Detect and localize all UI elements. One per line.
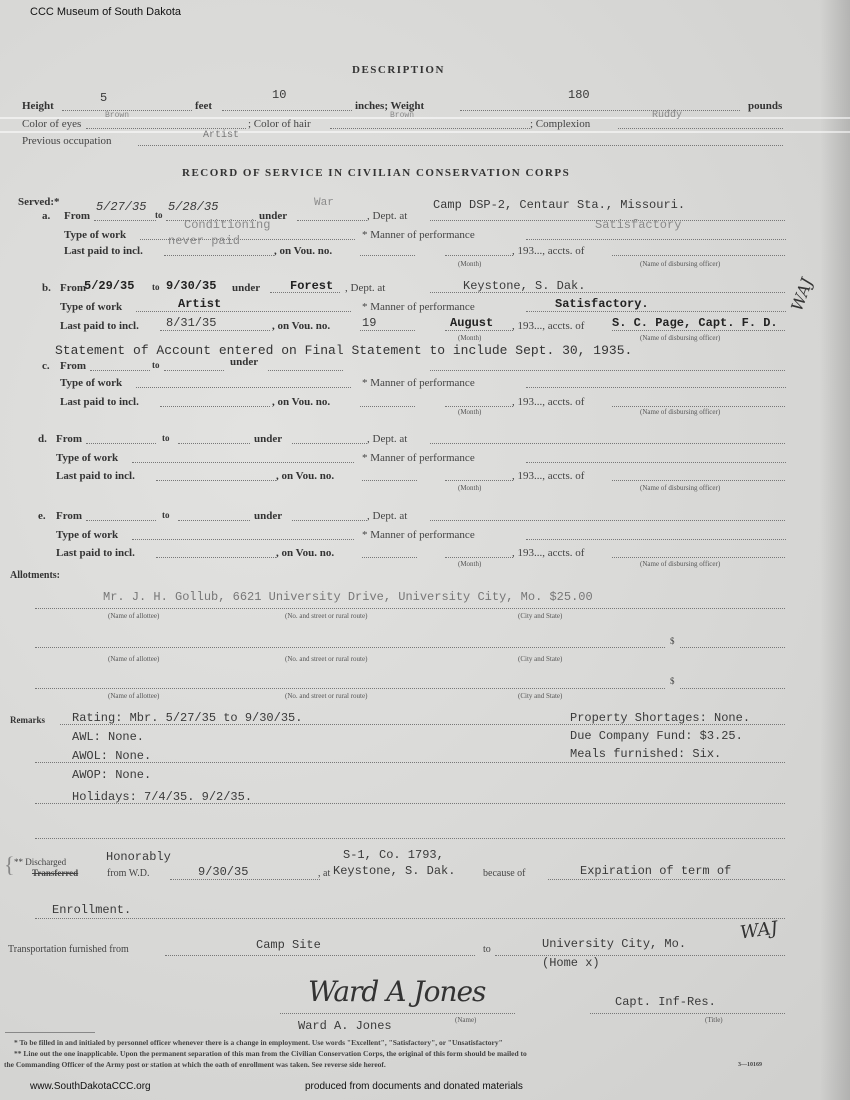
remark-line: AWL: None.: [72, 730, 144, 744]
transport-to-note: (Home x): [542, 956, 600, 970]
allotment-text: Mr. J. H. Gollub, 6621 University Drive,…: [103, 590, 593, 604]
transportation-label: Transportation furnished from: [8, 944, 129, 955]
voucher-month: August: [450, 316, 493, 330]
pounds-label: pounds: [748, 100, 782, 112]
disbursing-officer: S. C. Page, Capt. F. D.: [612, 316, 778, 330]
hair-color-label: ; Color of hair: [248, 118, 311, 130]
dept-location: Keystone, S. Dak.: [463, 279, 585, 293]
signature: Ward A Jones: [308, 975, 485, 1008]
weight-value: 180: [568, 88, 590, 102]
remark-line: Due Company Fund: $3.25.: [570, 729, 743, 743]
from-date: 5/27/35: [96, 200, 146, 214]
height-feet-value: 5: [100, 91, 107, 105]
footnote-divider: [5, 1032, 95, 1033]
footnote-3: the Commanding Officer of the Army post …: [4, 1060, 386, 1069]
transferred-label-struck: Transferred: [32, 868, 78, 878]
manner-of-performance: Satisfactory: [595, 218, 681, 232]
served-label: Served:*: [18, 196, 60, 208]
discharged-label: ** Discharged: [14, 857, 66, 867]
under-dept: Forest: [290, 279, 333, 293]
discharge-type: Honorably: [106, 850, 171, 864]
occupation-label: Previous occupation: [22, 135, 112, 147]
officer-title: Capt. Inf-Res.: [615, 995, 716, 1009]
statement-of-account-note: Statement of Account entered on Final St…: [55, 343, 632, 358]
description-heading: DESCRIPTION: [352, 64, 445, 76]
remarks-label: Remarks: [10, 715, 45, 725]
bracket: {: [4, 852, 15, 878]
type-of-work: Conditioning: [184, 218, 270, 232]
website-watermark: www.SouthDakotaCCC.org: [30, 1081, 151, 1092]
last-paid: 8/31/35: [166, 316, 216, 330]
remark-line: Property Shortages: None.: [570, 711, 750, 725]
handwritten-initials: WAJ: [787, 275, 816, 313]
transport-to: University City, Mo.: [542, 937, 686, 951]
typed-name: Ward A. Jones: [298, 1019, 392, 1033]
to-date: 9/30/35: [166, 279, 216, 293]
scan-artifact: [0, 131, 850, 133]
remark-line: Holidays: 7/4/35. 9/2/35.: [72, 790, 252, 804]
dept-location: Camp DSP-2, Centaur Sta., Missouri.: [433, 198, 685, 212]
complexion-value: Ruddy: [652, 110, 682, 121]
source-note: produced from documents and donated mate…: [305, 1081, 523, 1092]
eye-color-label: Color of eyes: [22, 118, 81, 130]
discharge-date: 9/30/35: [198, 865, 248, 879]
record-heading: RECORD OF SERVICE IN CIVILIAN CONSERVATI…: [182, 167, 570, 179]
document-page: CCC Museum of South Dakota DESCRIPTION H…: [0, 0, 850, 1100]
allotments-label: Allotments:: [10, 570, 60, 581]
occupation-value: Artist: [203, 130, 239, 141]
hair-color-value: Brown: [390, 111, 414, 120]
manner-of-performance: Satisfactory.: [555, 297, 649, 311]
eye-color-value: Brown: [105, 111, 129, 120]
scan-edge-shadow: [820, 0, 850, 1100]
to-date: 5/28/35: [168, 200, 218, 214]
museum-watermark: CCC Museum of South Dakota: [30, 6, 181, 18]
discharge-company: S-1, Co. 1793,: [343, 848, 444, 862]
type-of-work: Artist: [178, 297, 221, 311]
remark-line: Meals furnished: Six.: [570, 747, 721, 761]
height-inches-value: 10: [272, 88, 286, 102]
footnote-2: ** Line out the one inapplicable. Upon t…: [14, 1049, 527, 1058]
remark-line: Rating: Mbr. 5/27/35 to 9/30/35.: [72, 711, 302, 725]
handwritten-initials: WAJ: [739, 917, 779, 943]
discharge-reason: Expiration of term of: [580, 864, 731, 878]
discharge-location: Keystone, S. Dak.: [333, 864, 455, 878]
last-paid: never paid: [168, 234, 240, 248]
height-label: Height: [22, 100, 54, 112]
feet-label: feet: [195, 100, 212, 112]
remark-line: AWOP: None.: [72, 768, 151, 782]
transport-from: Camp Site: [256, 938, 321, 952]
remark-line: AWOL: None.: [72, 749, 151, 763]
footnote-1: * To be filled in and initialed by perso…: [14, 1038, 503, 1047]
voucher-number: 19: [362, 316, 376, 330]
form-number: 3—10169: [738, 1062, 762, 1068]
under-dept: War: [314, 197, 334, 209]
from-date: 5/29/35: [84, 279, 134, 293]
complexion-label: ; Complexion: [530, 118, 590, 130]
discharge-reason-cont: Enrollment.: [52, 903, 131, 917]
